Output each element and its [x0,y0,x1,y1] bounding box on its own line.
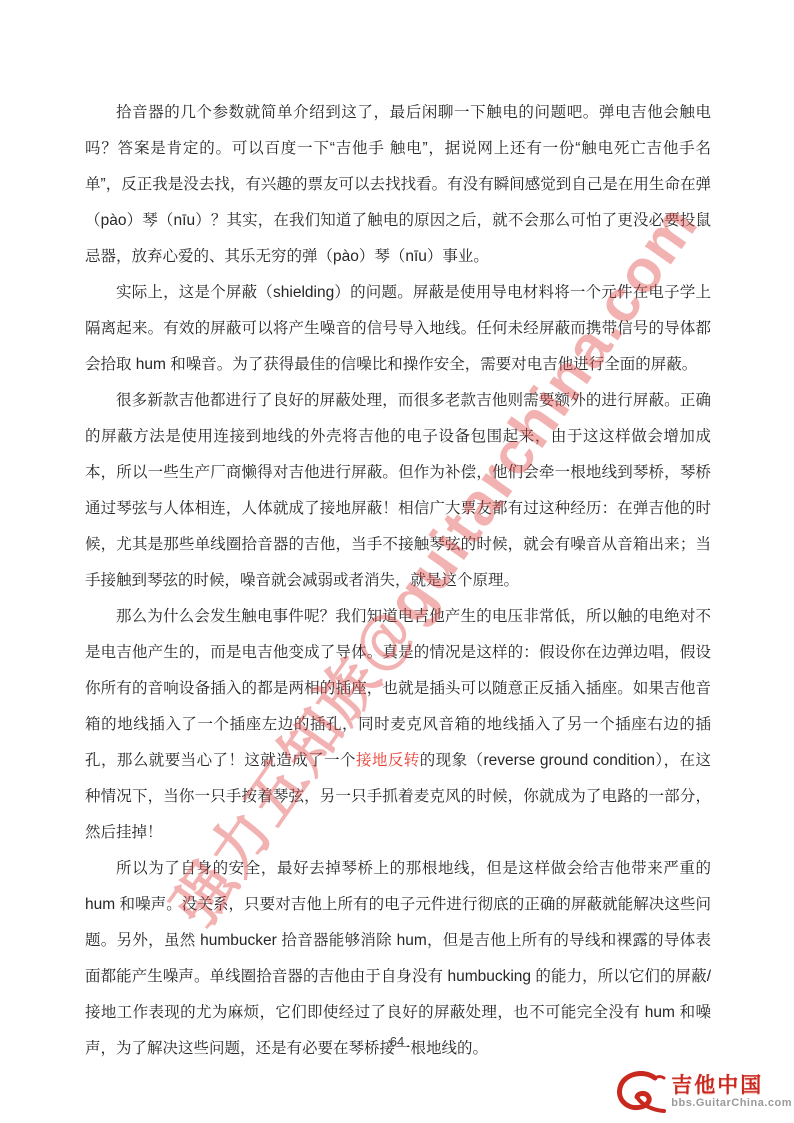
logo-text: 吉他中国 bbs.GuitarChina.com [671,1075,792,1109]
paragraph-text: 那么为什么会发生触电事件呢？我们知道电吉他产生的电压非常低，所以触的电绝对不是电… [85,608,711,769]
paragraph: 那么为什么会发生触电事件呢？我们知道电吉他产生的电压非常低，所以触的电绝对不是电… [85,599,711,851]
logo-subtitle: bbs.GuitarChina.com [671,1098,792,1109]
paragraph: 拾音器的几个参数就简单介绍到这了，最后闲聊一下触电的问题吧。弹电吉他会触电吗？答… [85,95,711,275]
document-body: 拾音器的几个参数就简单介绍到这了，最后闲聊一下触电的问题吧。弹电吉他会触电吗？答… [85,95,711,1067]
paragraph: 很多新款吉他都进行了良好的屏蔽处理，而很多老款吉他则需要额外的进行屏蔽。正确的屏… [85,383,711,599]
guitarchina-logo: 吉他中国 bbs.GuitarChina.com [615,1071,792,1113]
paragraph-text: 实际上，这是个屏蔽（shielding）的问题。屏蔽是使用导电材料将一个元件在电… [85,284,711,373]
dragon-g-icon [615,1071,667,1113]
highlighted-term: 接地反转 [356,752,420,769]
paragraph-text: 很多新款吉他都进行了良好的屏蔽处理，而很多老款吉他则需要额外的进行屏蔽。正确的屏… [85,392,711,589]
document-page: 强力五知族@guitarchina.com 拾音器的几个参数就简单介绍到这了，最… [0,0,794,1123]
logo-title: 吉他中国 [671,1075,792,1096]
paragraph: 实际上，这是个屏蔽（shielding）的问题。屏蔽是使用导电材料将一个元件在电… [85,275,711,383]
page-number: 64 [0,1034,794,1049]
paragraph-text: 拾音器的几个参数就简单介绍到这了，最后闲聊一下触电的问题吧。弹电吉他会触电吗？答… [85,104,711,265]
paragraph-text: 所以为了自身的安全，最好去掉琴桥上的那根地线，但是这样做会给吉他带来严重的 hu… [85,860,711,1057]
